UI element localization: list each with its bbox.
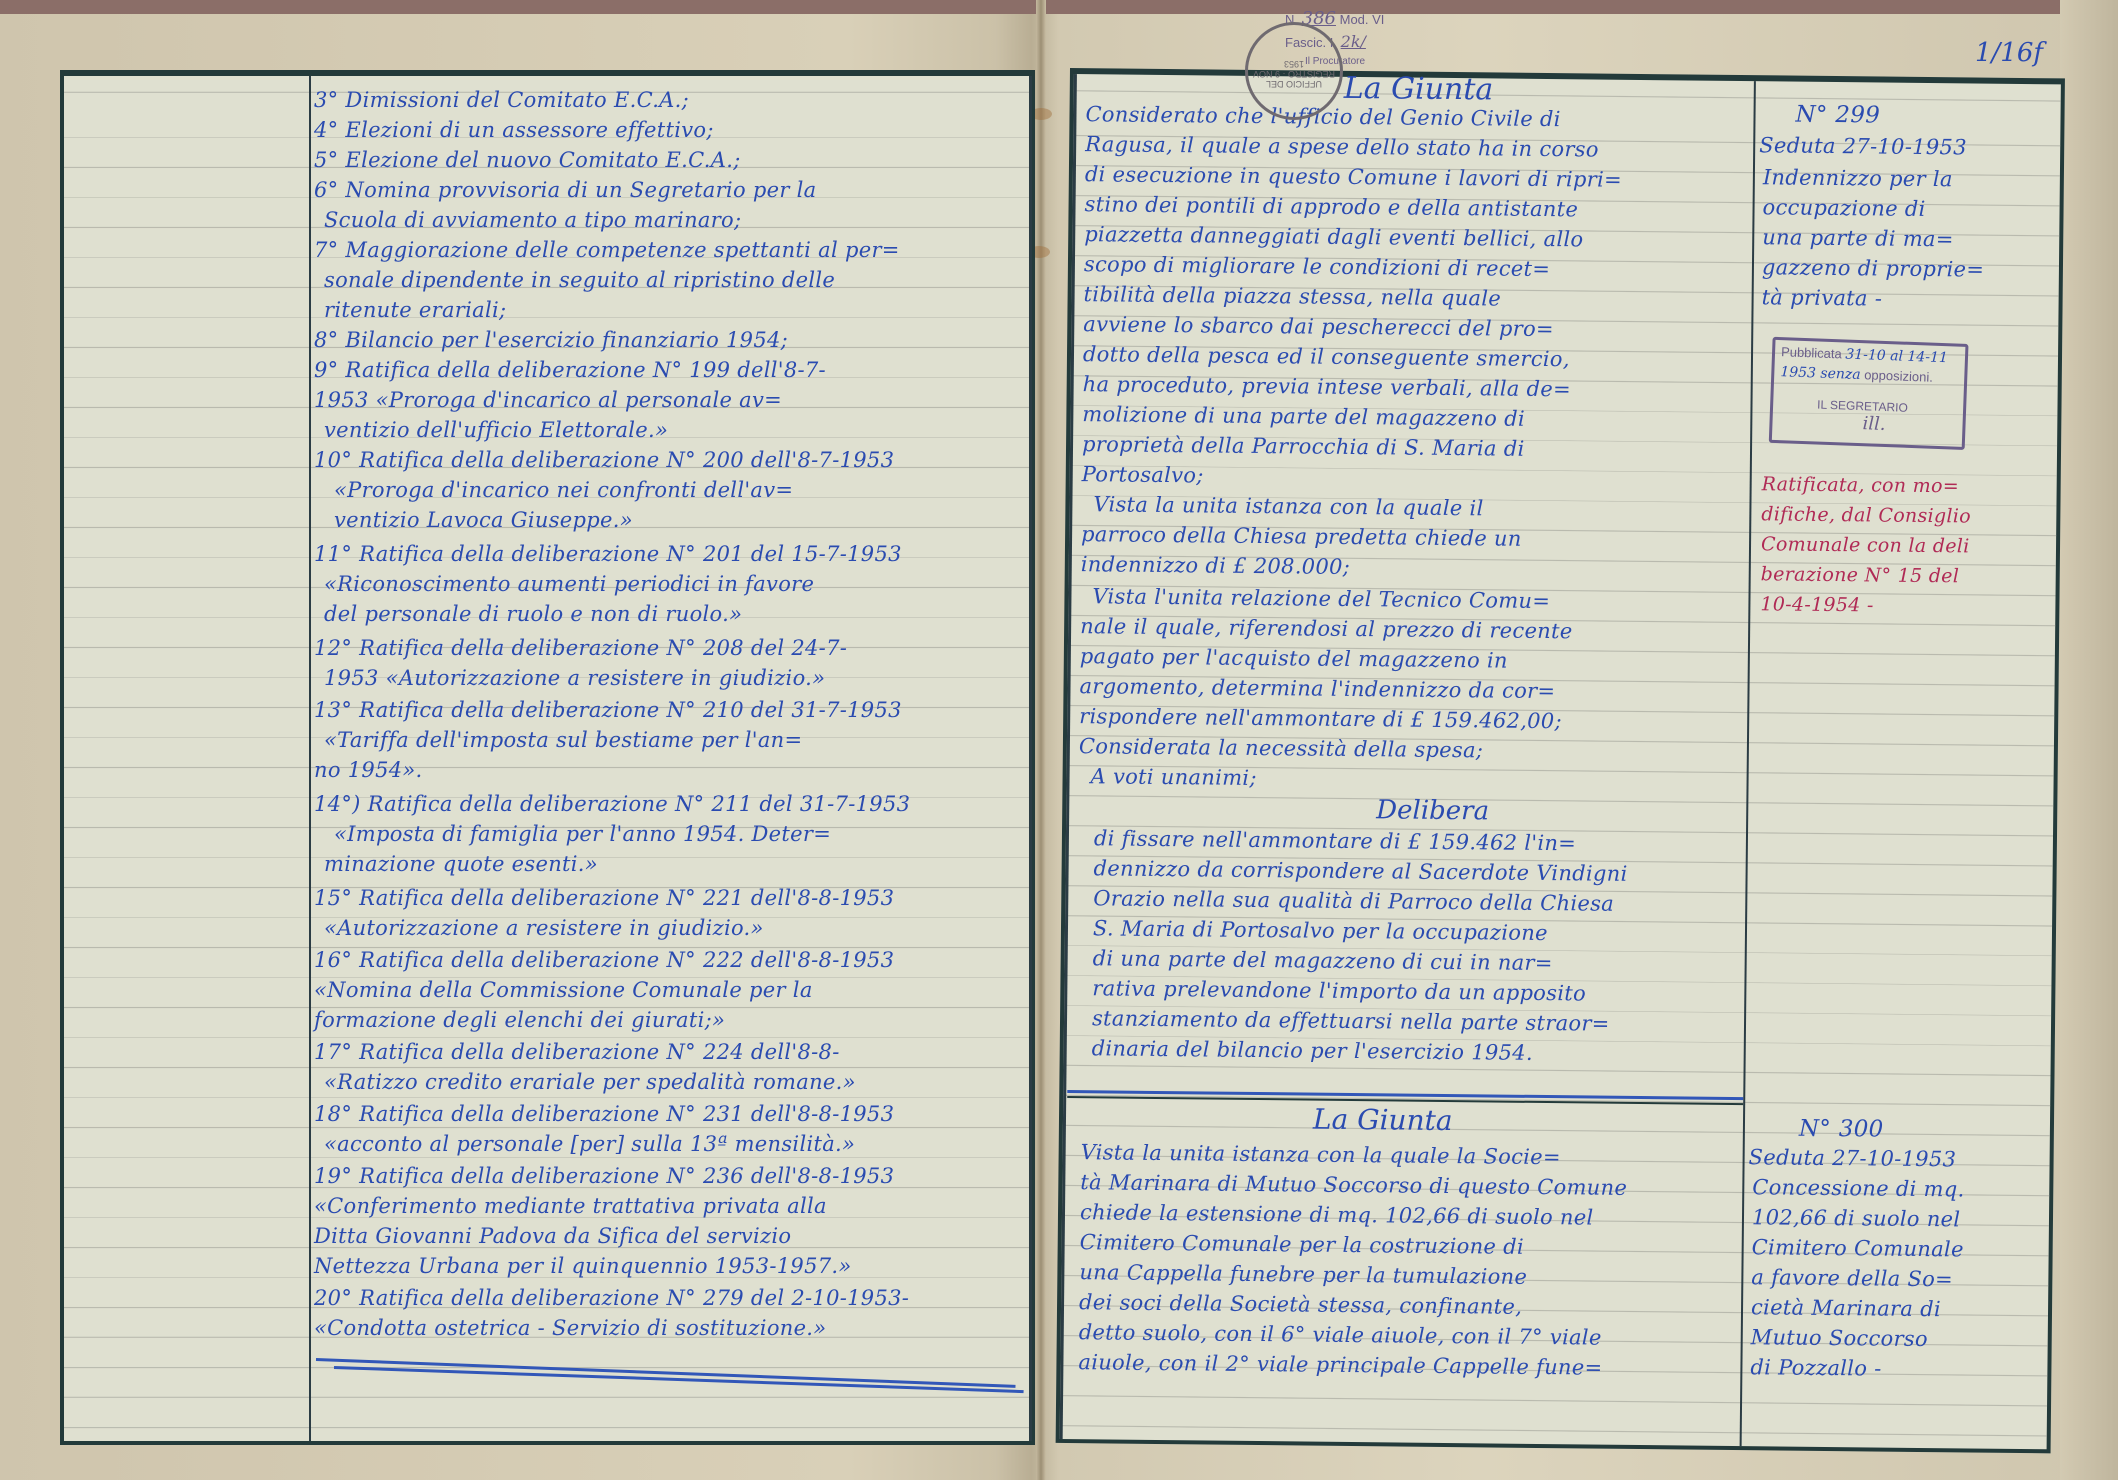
note-line: Mutuo Soccorso	[1751, 1325, 1928, 1351]
body-line: ha proceduto, previa intese verbali, all…	[1083, 372, 1572, 401]
agenda-line: 4° Elezioni di un assessore effettivo;	[314, 118, 714, 142]
stamp-label-published: Pubblicata	[1781, 344, 1842, 361]
agenda-line: ritenute erariali;	[324, 298, 506, 322]
ratification-line: 10-4-1954 -	[1760, 593, 1873, 616]
body-line: scopo di migliorare le condizioni di rec…	[1084, 252, 1551, 281]
agenda-line: «Ratizzo credito erariale per spedalità …	[324, 1070, 856, 1094]
agenda-line: 14°) Ratifica della deliberazione N° 211…	[314, 792, 910, 816]
resolution-line: di una parte del magazzeno di cui in nar…	[1093, 946, 1553, 975]
agenda-line: 9° Ratifica della deliberazione N° 199 d…	[314, 358, 826, 382]
left-page-inner-border	[1029, 76, 1032, 1441]
note-line: di Pozzallo -	[1750, 1355, 1881, 1380]
body-line: Vista l'unita relazione del Tecnico Comu…	[1092, 584, 1550, 613]
body-line: dei soci della Società stessa, confinant…	[1079, 1290, 1522, 1319]
agenda-line: del personale di ruolo e non di ruolo.»	[324, 602, 742, 626]
right-page: La Giunta Considerato che l'ufficio del …	[1056, 68, 2065, 1453]
body-line: Cimitero Comunale per la costruzione di	[1080, 1230, 1524, 1259]
mod-label: Mod. VI	[1340, 12, 1385, 27]
body-line: molizione di una parte del magazzeno di	[1082, 402, 1525, 431]
ratification-line: Ratificata, con mo=	[1762, 473, 1960, 497]
agenda-line: 12° Ratifica della deliberazione N° 208 …	[314, 636, 847, 660]
agenda-line: 8° Bilancio per l'esercizio finanziario …	[314, 328, 788, 352]
agenda-line: «Nomina della Commissione Comunale per l…	[314, 978, 813, 1002]
book-gutter	[1036, 0, 1046, 1480]
agenda-line: «Imposta di famiglia per l'anno 1954. De…	[334, 822, 831, 846]
note-line: Concessione di mq.	[1752, 1175, 1964, 1201]
section-subheading-delibera: Delibera	[1376, 795, 1489, 826]
note-line: tà privata -	[1762, 285, 1883, 310]
note-line: Indennizzo per la	[1763, 165, 1953, 191]
body-line: indennizzo di £ 208.000;	[1081, 552, 1351, 579]
agenda-line: Scuola di avviamento a tipo marinaro;	[324, 208, 741, 232]
body-line: tibilità della piazza stessa, nella qual…	[1084, 282, 1502, 310]
body-line: avviene lo sbarco dai pescherecci del pr…	[1083, 312, 1554, 341]
agenda-line: no 1954».	[314, 758, 423, 782]
agenda-line: 20° Ratifica della deliberazione N° 279 …	[314, 1286, 909, 1310]
agenda-line: 11° Ratifica della deliberazione N° 201 …	[314, 542, 902, 566]
body-line: proprietà della Parrocchia di S. Maria d…	[1082, 432, 1525, 461]
agenda-line: ventizio Lavoca Giuseppe.»	[334, 508, 633, 532]
resolution-line: dinaria del bilancio per l'esercizio 195…	[1092, 1036, 1533, 1065]
fasc-value: 2k/	[1341, 32, 1366, 51]
note-line: gazzeno di proprie=	[1762, 255, 1984, 281]
agenda-line: 16° Ratifica della deliberazione N° 222 …	[314, 948, 894, 972]
ratification-line: difiche, dal Consiglio	[1761, 503, 1971, 527]
section-heading-giunta-2: La Giunta	[1313, 1103, 1453, 1137]
body-line: rispondere nell'ammontare di £ 159.462,0…	[1079, 704, 1562, 733]
resolution-line: S. Maria di Portosalvo per la occupazion…	[1093, 916, 1548, 945]
agenda-line: «Proroga d'incarico nei confronti dell'a…	[334, 478, 793, 502]
agenda-line: «acconto al personale [per] sulla 13ª me…	[324, 1132, 855, 1156]
publication-stamp: Pubblicata 31-10 al 14-11 1953 senza opp…	[1769, 337, 1969, 450]
body-line: argomento, determina l'indennizzo da cor…	[1079, 674, 1555, 703]
page-number: 1/16f	[1975, 38, 2043, 68]
note-line: Cimitero Comunale	[1752, 1235, 1964, 1261]
note-line: una parte di ma=	[1762, 225, 1954, 251]
body-line: una Cappella funebre per la tumulazione	[1079, 1260, 1527, 1289]
agenda-line: 1953 «Proroga d'incarico al personale av…	[314, 388, 782, 412]
agenda-line: 17° Ratifica della deliberazione N° 224 …	[314, 1040, 840, 1064]
agenda-line: ventizio dell'ufficio Elettorale.»	[324, 418, 668, 442]
agenda-line: «Conferimento mediante trattativa privat…	[314, 1194, 827, 1218]
open-register-book: 3° Dimissioni del Comitato E.C.A.; 4° El…	[0, 0, 2118, 1480]
left-margin-divider	[309, 76, 311, 1441]
agenda-line: «Riconoscimento aumenti periodici in fav…	[324, 572, 814, 596]
deliberation-number: N° 300	[1799, 1116, 1884, 1143]
agenda-line: sonale dipendente in seguito al ripristi…	[324, 268, 835, 292]
stamp-dates: 31-10 al 14-11	[1845, 347, 1948, 367]
agenda-line: 18° Ratifica della deliberazione N° 231 …	[314, 1102, 894, 1126]
agenda-line: «Tariffa dell'imposta sul bestiame per l…	[324, 728, 802, 752]
agenda-line: 10° Ratifica della deliberazione N° 200 …	[314, 448, 894, 472]
agenda-line: 15° Ratifica della deliberazione N° 221 …	[314, 886, 894, 910]
note-line: 102,66 di suolo nel	[1752, 1205, 1961, 1231]
body-line: A voti unanimi;	[1090, 764, 1256, 790]
round-registry-stamp: UFFICIO DEL REGISTRO · 9 NOV 1953	[1245, 22, 1343, 120]
note-line: a favore della So=	[1751, 1265, 1953, 1291]
body-line: nale il quale, riferendosi al prezzo di …	[1080, 614, 1573, 643]
note-line: occupazione di	[1762, 195, 1925, 221]
session-date: Seduta 27-10-1953	[1759, 133, 1967, 159]
body-line: Vista la unita istanza con la quale la S…	[1081, 1140, 1561, 1169]
session-date: Seduta 27-10-1953	[1749, 1145, 1957, 1171]
body-line: pagato per l'acquisto del magazzeno in	[1080, 644, 1508, 672]
body-line: dotto della pesca ed il conseguente smer…	[1083, 342, 1570, 371]
agenda-line: 6° Nomina provvisoria di un Segretario p…	[314, 178, 816, 202]
secretary-signature: ill.	[1862, 413, 1886, 435]
agenda-line: minazione quote esenti.»	[324, 852, 598, 876]
agenda-line: Ditta Giovanni Padova da Sifica del serv…	[314, 1224, 791, 1248]
deliberation-number: N° 299	[1795, 102, 1880, 129]
section-heading-giunta: La Giunta	[1344, 71, 1494, 108]
book-top-edge	[0, 0, 2118, 14]
body-line: parroco della Chiesa predetta chiede un	[1081, 522, 1522, 551]
body-line: Considerata la necessità della spesa;	[1079, 734, 1484, 762]
agenda-line: «Condotta ostetrica - Servizio di sostit…	[314, 1316, 826, 1340]
stamp-year: 1953 senza	[1780, 364, 1861, 383]
agenda-line: «Autorizzazione a resistere in giudizio.…	[324, 916, 764, 940]
agenda-line: formazione degli elenchi dei giurati;»	[314, 1008, 725, 1032]
agenda-line: 1953 «Autorizzazione a resistere in giud…	[324, 666, 825, 690]
body-line: Vista la unita istanza con la quale il	[1093, 492, 1483, 520]
agenda-line: 7° Maggiorazione delle competenze spetta…	[314, 238, 900, 262]
resolution-line: di fissare nell'ammontare di £ 159.462 l…	[1094, 826, 1576, 855]
agenda-line: 3° Dimissioni del Comitato E.C.A.;	[314, 88, 689, 112]
agenda-line: 19° Ratifica della deliberazione N° 236 …	[314, 1164, 894, 1188]
note-line: cietà Marinara di	[1751, 1295, 1941, 1321]
left-page: 3° Dimissioni del Comitato E.C.A.; 4° El…	[60, 70, 1035, 1445]
ratification-line: Comunale con la deli	[1761, 533, 1970, 557]
round-stamp-text: UFFICIO DEL REGISTRO · 9 NOV 1953	[1248, 59, 1340, 89]
stamp-label-opposizioni: opposizioni.	[1864, 367, 1933, 385]
ratification-line: berazione N° 15 del	[1761, 563, 1960, 587]
agenda-line: 13° Ratifica della deliberazione N° 210 …	[314, 698, 902, 722]
book-right-edge	[2060, 0, 2118, 1480]
agenda-line: 5° Elezione del nuovo Comitato E.C.A.;	[314, 148, 741, 172]
agenda-line: Nettezza Urbana per il quinquennio 1953-…	[314, 1254, 852, 1278]
body-line: Portosalvo;	[1082, 462, 1204, 487]
